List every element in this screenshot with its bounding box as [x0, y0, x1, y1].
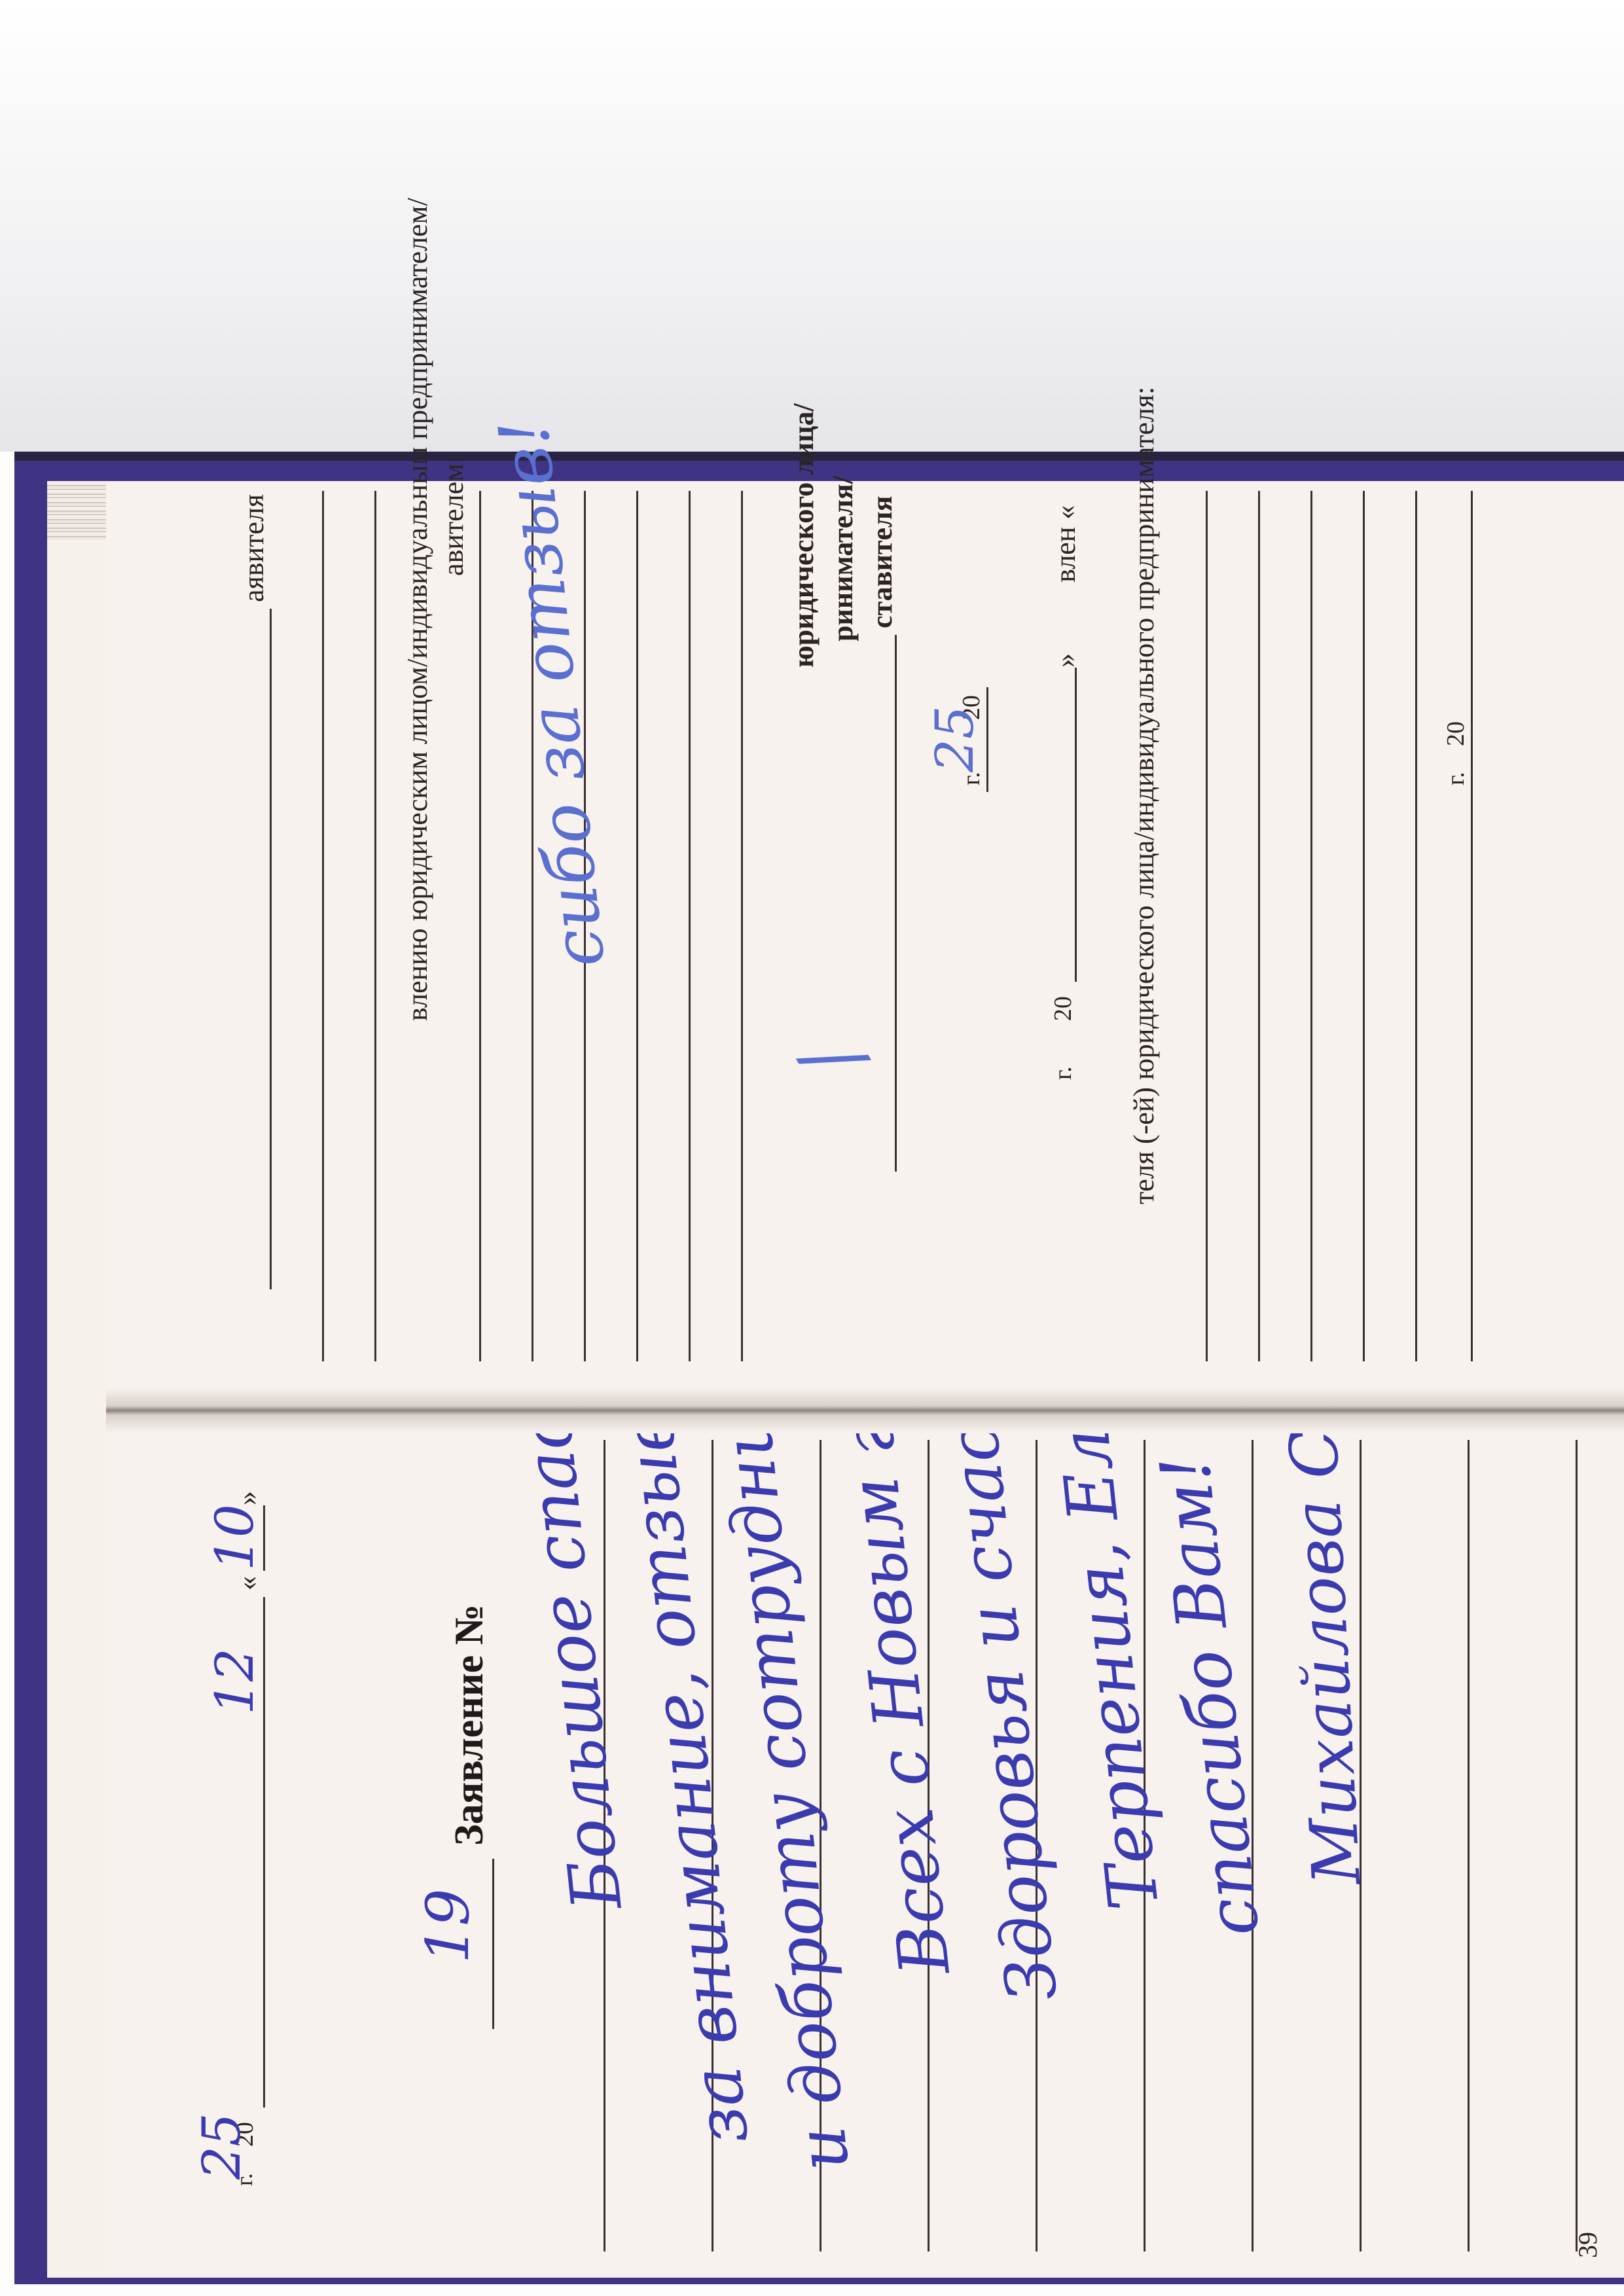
- acquainted-label: влен «: [1049, 505, 1082, 583]
- date-day: 10: [204, 1504, 265, 1571]
- acquainted-year-prefix: 20: [1049, 996, 1077, 1021]
- ruled-line: [689, 491, 691, 1361]
- left-page: аявителя влению юридическим лицом/индиви…: [106, 481, 1624, 1388]
- book-spread: « 10 » 12 20 25 г. Заявление № 19 Большо…: [47, 481, 1624, 2278]
- ruled-line: [1258, 491, 1260, 1361]
- block-label-line-2: ринимателя/: [826, 476, 859, 641]
- ruled-line: [1468, 1440, 1470, 2251]
- page-title: Заявление №: [446, 1604, 493, 1846]
- ruled-line: [1363, 491, 1365, 1361]
- ruled-line: [1415, 491, 1417, 1361]
- acquainted-date-line: [1075, 668, 1077, 982]
- date-filled-unit: г.: [957, 772, 986, 785]
- ruled-line: [636, 491, 638, 1361]
- date-month: 12: [204, 1648, 265, 1715]
- ruled-line: [1206, 491, 1208, 1361]
- bottom-year-unit: г.: [1441, 772, 1470, 785]
- ruled-line: [374, 491, 376, 1361]
- block-label-line-1: юридического лица/: [787, 403, 820, 668]
- ruled-line: [322, 491, 324, 1361]
- scanner-background: [0, 0, 1624, 452]
- page-number: 39: [1572, 2232, 1603, 2258]
- representative-signature-line: [895, 635, 897, 1172]
- label-representative: авителем:: [437, 456, 470, 576]
- date-filled-line: [986, 687, 988, 792]
- label-response: влению юридическим лицом/индивидуальным …: [401, 198, 434, 1021]
- date-month-line: [263, 1597, 265, 2108]
- date-open-quote: «: [230, 1576, 264, 1590]
- bottom-year-prefix: 20: [1441, 721, 1470, 746]
- application-number: 19: [414, 1888, 482, 1964]
- date-year-unit: г.: [230, 2173, 258, 2186]
- date-filled-suffix: 25: [924, 706, 985, 772]
- right-page: « 10 » 12 20 25 г. Заявление № 19 Большо…: [106, 1427, 1624, 2278]
- label-applicant-entity: теля (-ей) юридического лица/индивидуаль…: [1127, 387, 1161, 1204]
- acquainted-year-unit: г.: [1049, 1066, 1077, 1080]
- representative-signature: /: [786, 1026, 878, 1095]
- acquainted-close-quote: »: [1049, 653, 1082, 668]
- number-line: [492, 1859, 494, 2029]
- book-gutter: [106, 1388, 1624, 1433]
- date-day-line: [263, 1505, 265, 1571]
- block-label-line-3: ставителя: [865, 496, 899, 628]
- signature-applicant-line: [270, 609, 272, 1289]
- date-close-quote: »: [230, 1491, 264, 1505]
- ruled-line: [479, 491, 481, 1361]
- date-year-suffix: 25: [191, 2113, 252, 2179]
- ruled-line: [1576, 1440, 1578, 2251]
- label-signature-applicant: аявителя: [237, 494, 270, 602]
- ruled-line: [1310, 491, 1312, 1361]
- ruled-line: [741, 491, 743, 1361]
- ruled-line: [1471, 491, 1473, 1361]
- handwritten-note: сибо за отзыв!: [483, 416, 620, 971]
